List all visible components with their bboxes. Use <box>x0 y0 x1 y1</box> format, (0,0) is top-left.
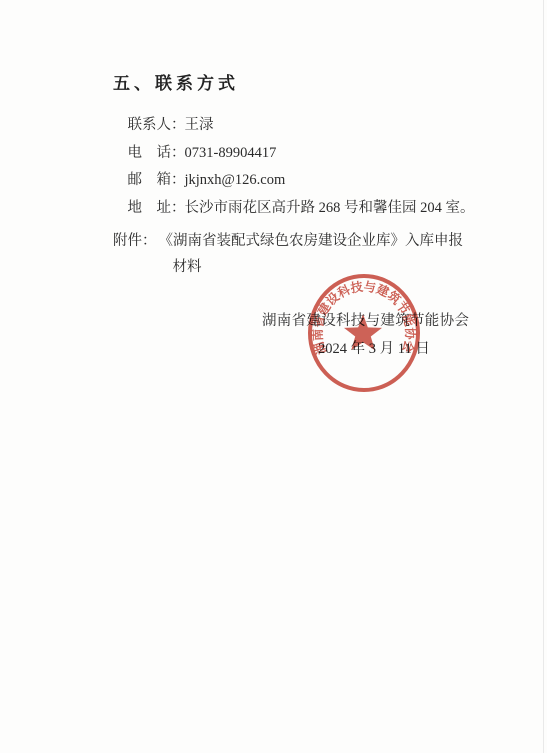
section-heading: 五、联系方式 <box>113 69 239 94</box>
address-line: 地 址：长沙市雨花区高升路 268 号和馨佳园 204 室。 <box>113 179 475 234</box>
attachment-label: 附件： <box>113 229 157 250</box>
seal-star-icon <box>344 314 382 350</box>
scan-edge-artifact <box>543 0 544 753</box>
address-label: 地 址： <box>128 196 185 217</box>
document-page: 五、联系方式 联系人：王渌 电 话：0731-89904417 邮 箱：jkjn… <box>0 0 547 753</box>
attachment-title-line1: 《湖南省装配式绿色农房建设企业库》入库申报 <box>159 233 464 249</box>
attachment-title-line2: 材料 <box>159 259 202 275</box>
address-value: 长沙市雨花区高升路 268 号和馨佳园 204 室。 <box>185 200 475 216</box>
official-seal-stamp: 湖南省建设科技与建筑节能协会 <box>304 272 424 394</box>
